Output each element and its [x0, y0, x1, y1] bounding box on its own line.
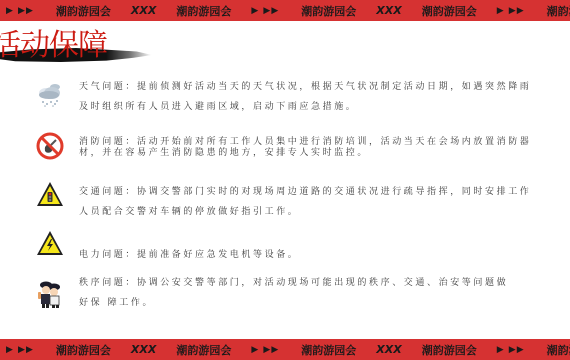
- banner-name: 潮韵游园会: [422, 342, 477, 358]
- banner-name: 潮韵游园会: [301, 342, 356, 358]
- weather-text: 天气问题：提前侦测好活动当天的天气状况，根据天气状况制定活动日期，如遇突然降雨 …: [79, 82, 549, 113]
- traffic-text: 交通问题：协调交警部门实时的对现场周边道路的交通状况进行疏导指挥，同时安排工作 …: [79, 187, 549, 218]
- power-text: 电力问题：提前准备好应急发电机等设备。: [79, 250, 549, 261]
- arrows-icon: ▶ ▶▶: [251, 345, 279, 355]
- arrows-icon: ▶ ▶▶: [6, 345, 34, 355]
- banner-x-marks: XXX: [131, 343, 156, 356]
- banner-x-marks: XXX: [376, 343, 401, 356]
- high-voltage-warning-icon: [35, 228, 65, 258]
- arrows-icon: ▶ ▶▶: [497, 345, 525, 355]
- bottom-banner: ▶ ▶▶ 潮韵游园会 XXX 潮韵游园会 ▶ ▶▶ 潮韵游园会 XXX 潮韵游园…: [0, 339, 570, 360]
- banner-name: 潮韵游园会: [176, 342, 231, 358]
- banner-name: 潮韵游园会: [56, 342, 111, 358]
- banner-name: 潮韵游园会: [547, 342, 570, 358]
- fire-text: 消防问题：活动开始前对所有工作人员集中进行消防培训，活动当天在会场内放置消防器 …: [79, 137, 549, 159]
- order-text: 秩序问题：协调公安交警等部门，对活动现场可能出现的秩序、交通、治安等问题做 好保…: [79, 278, 549, 309]
- traffic-light-warning-icon: [35, 179, 65, 209]
- no-fire-icon: [35, 131, 65, 161]
- safeguard-list: 天气问题：提前侦测好活动当天的天气状况，根据天气状况制定活动日期，如遇突然降雨 …: [0, 0, 570, 360]
- cloud-rain-icon: [35, 80, 65, 110]
- police-officers-icon: [35, 279, 65, 309]
